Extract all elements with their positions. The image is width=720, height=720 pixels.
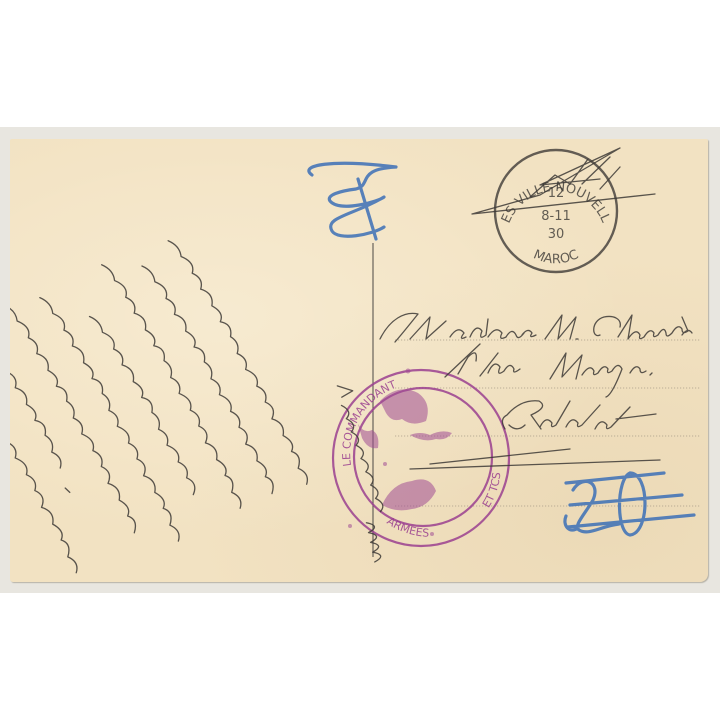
- blue-crayon-bottom-mark: [565, 473, 694, 535]
- blue-crayon-top-mark: [309, 163, 396, 239]
- postcard: FES VILLE NOUVELLE MAROC 12 8-11 30 LE C…: [10, 139, 708, 582]
- blue-crayon-marks: [10, 139, 708, 582]
